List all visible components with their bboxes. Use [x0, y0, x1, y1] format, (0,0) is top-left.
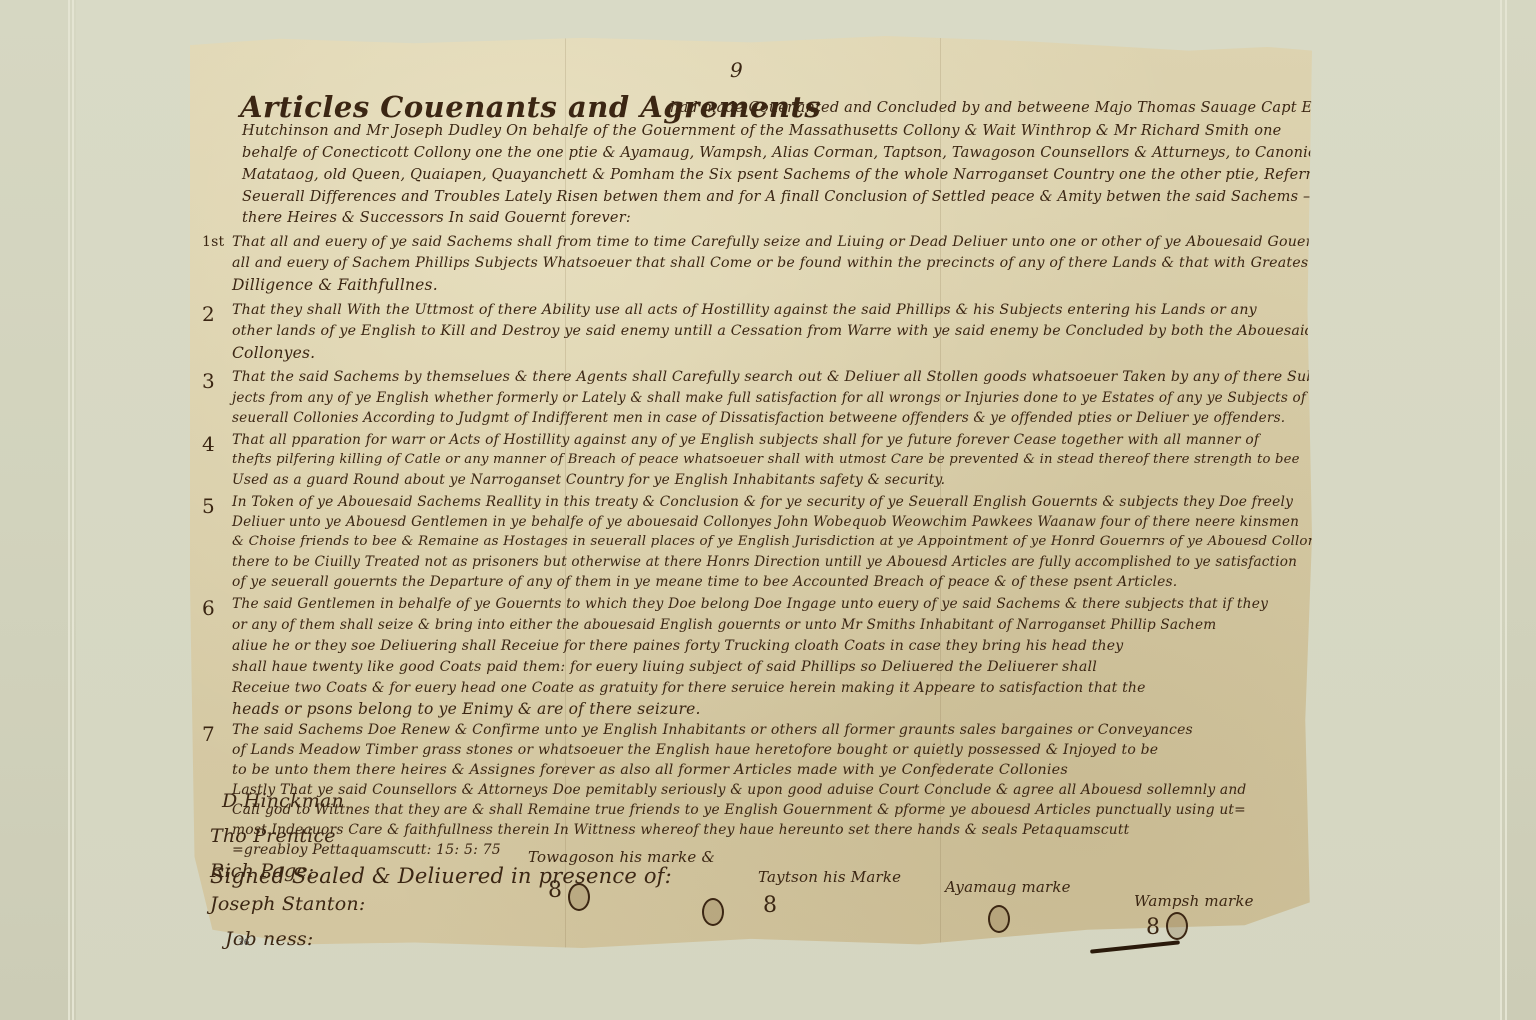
article-line: all and euery of Sachem Phillips Subject…	[232, 255, 1314, 271]
article-line: Receiue two Coats & for euery head one C…	[232, 680, 1146, 696]
closing-line: Lastly That ye said Counsellors & Attorn…	[232, 782, 1246, 798]
wax-seal-icon	[988, 905, 1010, 933]
closing-line: Call god to Wittnes that they are & shal…	[232, 802, 1246, 818]
mark-glyph: 8	[1146, 915, 1160, 940]
article-line: The said Gentlemen in behalfe of ye Goue…	[232, 596, 1268, 612]
preamble-line: had made Couenanted and Concluded by and…	[670, 100, 1360, 116]
sachem-mark-label: Ayamaug marke	[945, 878, 1071, 896]
article-line: Deliuer unto ye Abouesd Gentlemen in ye …	[232, 514, 1299, 530]
article-number: 1st	[202, 234, 224, 250]
article-number: 2	[202, 302, 215, 326]
article-line: That all and euery of ye said Sachems sh…	[232, 234, 1335, 250]
preamble-line: there Heires & Successors In said Gouern…	[242, 210, 631, 226]
closing-line: most Indeauors Care & faithfullness ther…	[232, 822, 1129, 838]
mat-border-line	[68, 0, 70, 1020]
article-number: 5	[202, 494, 215, 518]
witness-signature: D Hinckman	[222, 790, 344, 812]
wax-seal-icon	[568, 883, 590, 911]
article-line: of Lands Meadow Timber grass stones or w…	[232, 742, 1158, 758]
preamble-line: Hutchinson and Mr Joseph Dudley On behal…	[242, 123, 1281, 139]
article-line: & Choise friends to bee & Remaine as Hos…	[232, 534, 1331, 549]
article-line: heads or psons belong to ye Enimy & are …	[232, 700, 701, 718]
article-line: thefts pilfering killing of Catle or any…	[232, 452, 1300, 467]
preamble-line: behalfe of Conecticott Collony one the o…	[242, 145, 1417, 161]
article-line: That all pparation for warr or Acts of H…	[232, 432, 1259, 448]
witness-signature: Tho Prentice	[210, 825, 336, 847]
article-line: Used as a guard Round about ye Narrogans…	[232, 472, 945, 488]
mark-glyph: 8	[548, 878, 562, 903]
parchment-document: 9 Articles Couenants and Agrements had m…	[190, 36, 1312, 948]
mat-border-line	[1505, 0, 1507, 1020]
article-line: to be unto them there heires & Assignes …	[232, 762, 1068, 778]
sachem-mark-label: Taytson his Marke	[758, 868, 901, 886]
article-line: Dilligence & Faithfullnes.	[232, 276, 438, 294]
mat-border-line	[72, 0, 74, 1020]
sachem-mark-label: Wampsh marke	[1134, 892, 1254, 910]
witness-signature: Rich Page:	[210, 860, 314, 882]
witness-signature: Joseph Stanton:	[210, 893, 365, 915]
preamble-line: Seuerall Differences and Troubles Lately…	[242, 189, 1318, 205]
article-line: other lands of ye English to Kill and De…	[232, 323, 1314, 339]
wax-seal-icon	[1166, 912, 1188, 940]
archive-number: 36	[238, 938, 249, 948]
article-line: shall haue twenty like good Coats paid t…	[232, 659, 1097, 675]
article-line: jects from any of ye English whether for…	[232, 390, 1327, 406]
article-line: The said Sachems Doe Renew & Confirme un…	[232, 722, 1193, 738]
article-number: 6	[202, 596, 215, 620]
article-line: In Token of ye Abouesaid Sachems Reallit…	[232, 494, 1293, 510]
wax-seal-icon	[702, 898, 724, 926]
article-line: That the said Sachems by themselues & th…	[232, 369, 1328, 385]
article-line: aliue he or they soe Deliuering shall Re…	[232, 638, 1123, 654]
preamble-line: Matataog, old Queen, Quaiapen, Quayanche…	[242, 167, 1356, 183]
article-number: 7	[202, 722, 215, 746]
mat-border-line	[1500, 0, 1502, 1020]
article-line: Collonyes.	[232, 344, 315, 362]
article-line: of ye seuerall gouernts the Departure of…	[232, 574, 1177, 590]
page-number: 9	[730, 58, 743, 82]
article-line: That they shall With the Uttmost of ther…	[232, 302, 1257, 318]
article-line: seuerall Collonies According to Judgmt o…	[232, 410, 1285, 426]
article-line: there to be Ciuilly Treated not as priso…	[232, 554, 1297, 570]
mark-glyph: 8	[763, 893, 777, 918]
sachem-mark-label: Towagoson his marke &	[528, 848, 715, 866]
article-number: 3	[202, 369, 215, 393]
article-line: or any of them shall seize & bring into …	[232, 617, 1216, 633]
article-number: 4	[202, 432, 215, 456]
